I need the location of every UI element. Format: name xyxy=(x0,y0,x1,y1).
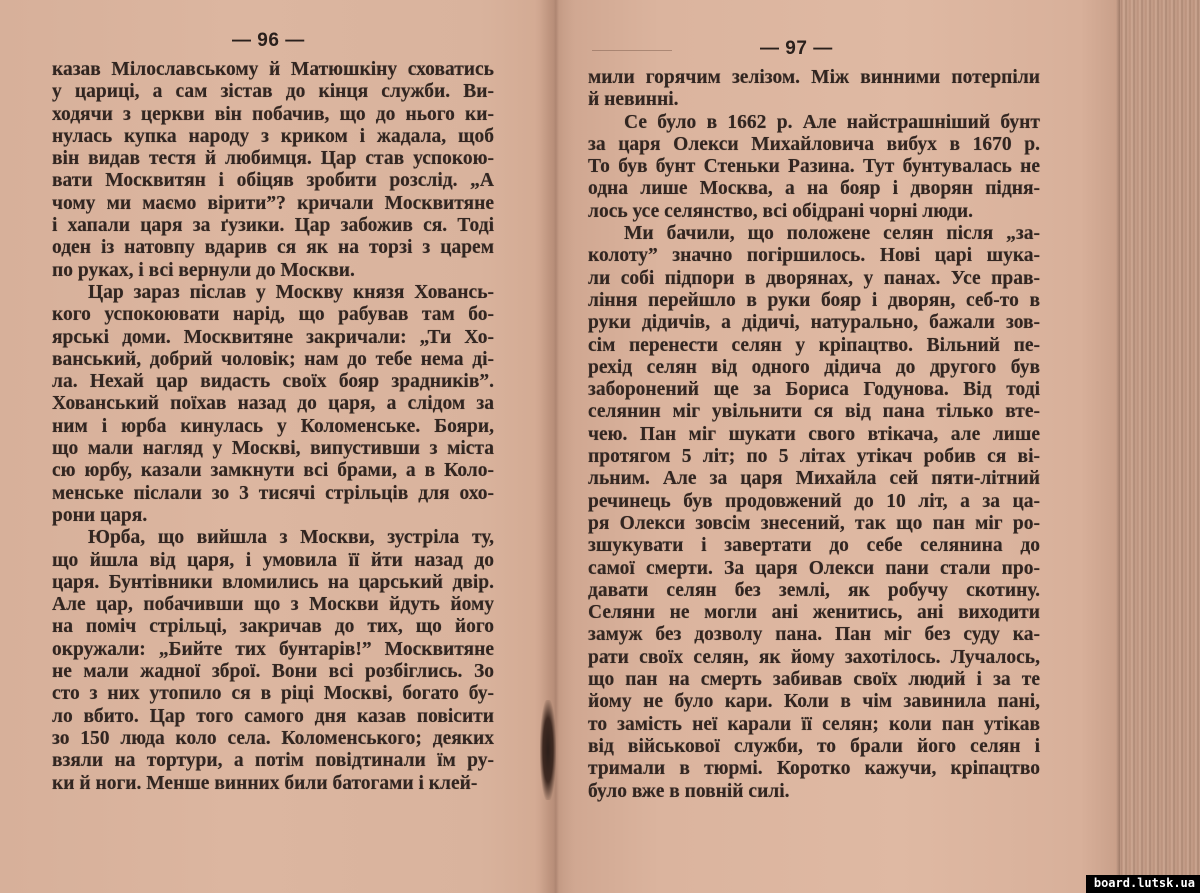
text-line: колоту” значно погіршилось. Нові царі шу… xyxy=(588,245,1040,267)
text-line: ки й ноги. Менше винних били батогами і … xyxy=(52,773,494,795)
text-line: рати своїх селян, як йому захотілось. Лу… xyxy=(588,647,1040,669)
text-line: йому не було кари. Коли в чім завинила п… xyxy=(588,691,1040,713)
text-line: Юрба, що вийшла з Москви, зустріла ту, xyxy=(52,527,494,549)
text-line: не мали жадної зброї. Вони всі розбіглис… xyxy=(52,661,494,683)
text-line: ря Олекси зовсім знесений, так що пан мі… xyxy=(588,513,1040,535)
text-line: менське післали зо 3 тисячі стрільців дл… xyxy=(52,483,494,505)
text-line: речинець був продовжений до 10 літ, а за… xyxy=(588,491,1040,513)
text-line: сто з них утопило ся в ріці Москві, бога… xyxy=(52,683,494,705)
text-line: ління перейшло в руки бояр і дворян, себ… xyxy=(588,290,1040,312)
text-line: зо 150 люда коло села. Коломенського; де… xyxy=(52,728,494,750)
text-line: ходячи з церкви він побачив, що до нього… xyxy=(52,104,494,126)
text-line: лось усе селянство, всі обідрані чорні л… xyxy=(588,201,1040,223)
text-line: Се було в 1662 р. Але найстрашніший бунт xyxy=(588,112,1040,134)
text-line: нулась купка народу з криком і жадала, щ… xyxy=(52,126,494,148)
text-line: що пан на смерть забивав своїх людий і з… xyxy=(588,669,1040,691)
text-line: Цар зараз післав у Москву князя Хованcь- xyxy=(52,282,494,304)
text-line: мили горячим зелізом. Між винними потерп… xyxy=(588,67,1040,89)
right-page-text: мили горячим зелізом. Між винними потерп… xyxy=(588,67,1040,803)
text-line: самої смерти. За царя Олекси пани стали … xyxy=(588,558,1040,580)
text-line: що йшла від царя, і умовила її йти назад… xyxy=(52,550,494,572)
text-line: замуж без дозволу пана. Пан міг без суду… xyxy=(588,624,1040,646)
text-line: сім перенести селян у кріпацтво. Вільний… xyxy=(588,335,1040,357)
text-line: чому ми маємо вірити”? кричали Москвитян… xyxy=(52,193,494,215)
text-line: й невинні. xyxy=(588,89,1040,111)
watermark: board.lutsk.ua xyxy=(1086,875,1200,893)
text-line: сю юрбу, казали замкнути всі брами, а в … xyxy=(52,460,494,482)
text-line: кого успокоювати нарід, що рабував там б… xyxy=(52,304,494,326)
text-line: льним. Але за царя Михайла сей пяти-літн… xyxy=(588,468,1040,490)
text-line: вати Москвитян і обіцяв зробити розслід.… xyxy=(52,170,494,192)
text-line: руки дідичів, а дідичі, натурально, бажа… xyxy=(588,312,1040,334)
text-line: ло вбито. Цар того самого дня казав пові… xyxy=(52,706,494,728)
text-line: казав Мілославському й Матюшкіну сховати… xyxy=(52,59,494,81)
text-line: ли собі підпори в дворянах, у панах. Усе… xyxy=(588,268,1040,290)
text-line: ярські доми. Москвитяне закричали: „Ти Х… xyxy=(52,327,494,349)
page-edges xyxy=(1120,0,1200,893)
text-line: то замість неї карали її селян; коли пан… xyxy=(588,714,1040,736)
text-line: ванський, добрий чоловік; нам до тебе не… xyxy=(52,349,494,371)
text-line: взяли на тортури, а потім повідтинали їм… xyxy=(52,750,494,772)
text-line: було вже в повній силі. xyxy=(588,781,1040,803)
text-line: ним і юрба кинулась у Коломенське. Бояри… xyxy=(52,416,494,438)
text-line: давати селян без землі, як робучу скотин… xyxy=(588,580,1040,602)
text-line: рехід селян від одного дідича до другого… xyxy=(588,357,1040,379)
text-line: царя. Бунтівники вломились на царський д… xyxy=(52,572,494,594)
text-line: і хапали царя за ґузики. Цар забожив ся.… xyxy=(52,215,494,237)
pencil-mark xyxy=(592,50,672,51)
text-line: що мали нагляд у Москві, випустивши з мі… xyxy=(52,438,494,460)
book-spread: — 96 — казав Мілославському й Матюшкіну … xyxy=(0,0,1200,893)
right-page: — 97 — мили горячим зелізом. Між винними… xyxy=(560,0,1080,893)
text-line: селянин міг увільнити ся від пана тілько… xyxy=(588,401,1040,423)
text-line: заборонений ще за Бориса Годунова. Від т… xyxy=(588,379,1040,401)
text-line: окружали: „Бийте тих бунтарів!” Москвитя… xyxy=(52,639,494,661)
text-line: ла. Нехай цар видасть своїх бояр зрадник… xyxy=(52,371,494,393)
text-line: він видав тестя й любимця. Цар став успо… xyxy=(52,148,494,170)
text-line: Хованський поїхав назад до царя, а слідо… xyxy=(52,393,494,415)
text-line: оден із натовпу вдарив ся як на торзі з … xyxy=(52,237,494,259)
burn-mark xyxy=(540,700,556,800)
left-page-text: казав Мілославському й Матюшкіну сховати… xyxy=(52,59,494,795)
text-line: по руках, і всі вернули до Москви. xyxy=(52,260,494,282)
text-line: від військової служби, то брали його сел… xyxy=(588,736,1040,758)
text-line: одна лише Москва, а на бояр і дворян під… xyxy=(588,178,1040,200)
text-line: за царя Олекси Михайловича вибух в 1670 … xyxy=(588,134,1040,156)
text-line: тримали в тюрмі. Коротко кажучи, кріпацт… xyxy=(588,758,1040,780)
text-line: Ми бачили, що положене селян після „за- xyxy=(588,223,1040,245)
text-line: у цариці, а сам зістав до кінця служби. … xyxy=(52,81,494,103)
text-line: То був бунт Стеньки Разина. Тут бунтувал… xyxy=(588,156,1040,178)
text-line: Але цар, побачивши що з Москви йдуть йом… xyxy=(52,594,494,616)
text-line: зшукувати і завертати до себе селянина д… xyxy=(588,535,1040,557)
page-number-left: — 96 — xyxy=(232,30,305,52)
text-line: чею. Пан міг шукати свого втікача, але л… xyxy=(588,424,1040,446)
text-line: рони царя. xyxy=(52,505,494,527)
text-line: на поміч стрільці, закричав до тих, що й… xyxy=(52,616,494,638)
text-line: Селяни не могли ані женитись, ані виходи… xyxy=(588,602,1040,624)
text-line: протягом 5 літ; по 5 літах утікач робив … xyxy=(588,446,1040,468)
left-page: — 96 — казав Мілославському й Матюшкіну … xyxy=(0,0,540,893)
page-number-right: — 97 — xyxy=(760,38,833,60)
